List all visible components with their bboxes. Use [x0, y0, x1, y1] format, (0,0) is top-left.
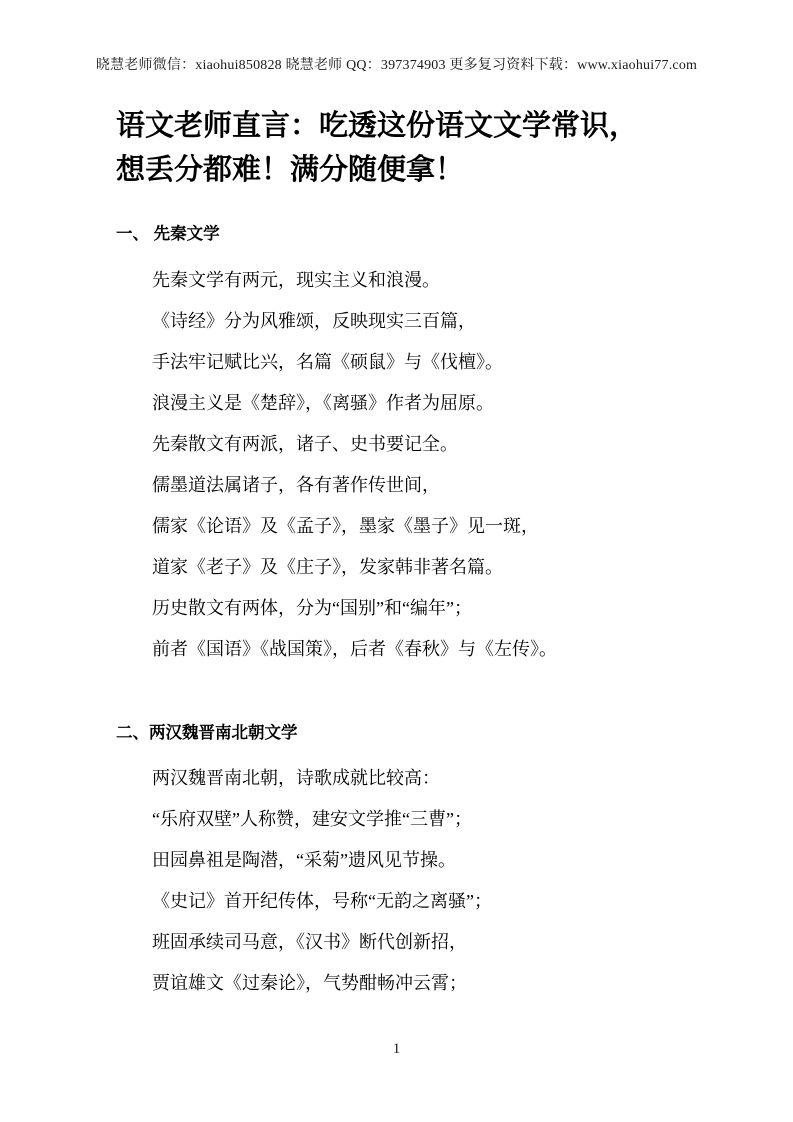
- verse-line: 儒家《论语》及《孟子》，墨家《墨子》见一斑，: [152, 506, 732, 547]
- verse-line: “乐府双壁”人称赞，建安文学推“三曹”；: [152, 799, 732, 840]
- verse-line: 儒墨道法属诸子，各有著作传世间，: [152, 465, 732, 506]
- section-body-han-weijin: 两汉魏晋南北朝，诗歌成就比较高： “乐府双壁”人称赞，建安文学推“三曹”； 田园…: [152, 758, 732, 1004]
- verse-line: 贾谊雄文《过秦论》，气势酣畅冲云霄；: [152, 963, 732, 1004]
- title-line-1: 语文老师直言：吃透这份语文文学常识，: [116, 104, 716, 148]
- document-title: 语文老师直言：吃透这份语文文学常识， 想丢分都难！满分随便拿！: [116, 104, 716, 192]
- verse-line: 浪漫主义是《楚辞》，《离骚》作者为屈原。: [152, 383, 732, 424]
- verse-line: 田园鼻祖是陶潜，“采菊”遗风见节操。: [152, 840, 732, 881]
- page-number: 1: [0, 1041, 793, 1058]
- section-heading-han-weijin: 二、两汉魏晋南北朝文学: [116, 721, 298, 745]
- verse-line: 先秦散文有两派，诸子、史书要记全。: [152, 424, 732, 465]
- page-header: 晓慧老师微信：xiaohui850828 晓慧老师 QQ：397374903 更…: [0, 54, 793, 74]
- section-heading-pre-qin: 一、 先秦文学: [116, 222, 220, 246]
- verse-line: 两汉魏晋南北朝，诗歌成就比较高：: [152, 758, 732, 799]
- verse-line: 《史记》首开纪传体，号称“无韵之离骚”；: [152, 881, 732, 922]
- document-page: 晓慧老师微信：xiaohui850828 晓慧老师 QQ：397374903 更…: [0, 0, 793, 1122]
- header-contact-text: 晓慧老师微信：xiaohui850828 晓慧老师 QQ：397374903 更…: [96, 58, 697, 73]
- verse-line: 先秦文学有两元，现实主义和浪漫。: [152, 260, 732, 301]
- title-line-2: 想丢分都难！满分随便拿！: [116, 148, 716, 192]
- section-body-pre-qin: 先秦文学有两元，现实主义和浪漫。 《诗经》分为风雅颂，反映现实三百篇， 手法牢记…: [152, 260, 732, 670]
- verse-line: 班固承续司马意，《汉书》断代创新招，: [152, 922, 732, 963]
- verse-line: 前者《国语》《战国策》，后者《春秋》与《左传》。: [152, 629, 732, 670]
- verse-line: 手法牢记赋比兴，名篇《硕鼠》与《伐檀》。: [152, 342, 732, 383]
- verse-line: 历史散文有两体，分为“国别”和“编年”；: [152, 588, 732, 629]
- verse-line: 《诗经》分为风雅颂，反映现实三百篇，: [152, 301, 732, 342]
- verse-line: 道家《老子》及《庄子》，发家韩非著名篇。: [152, 547, 732, 588]
